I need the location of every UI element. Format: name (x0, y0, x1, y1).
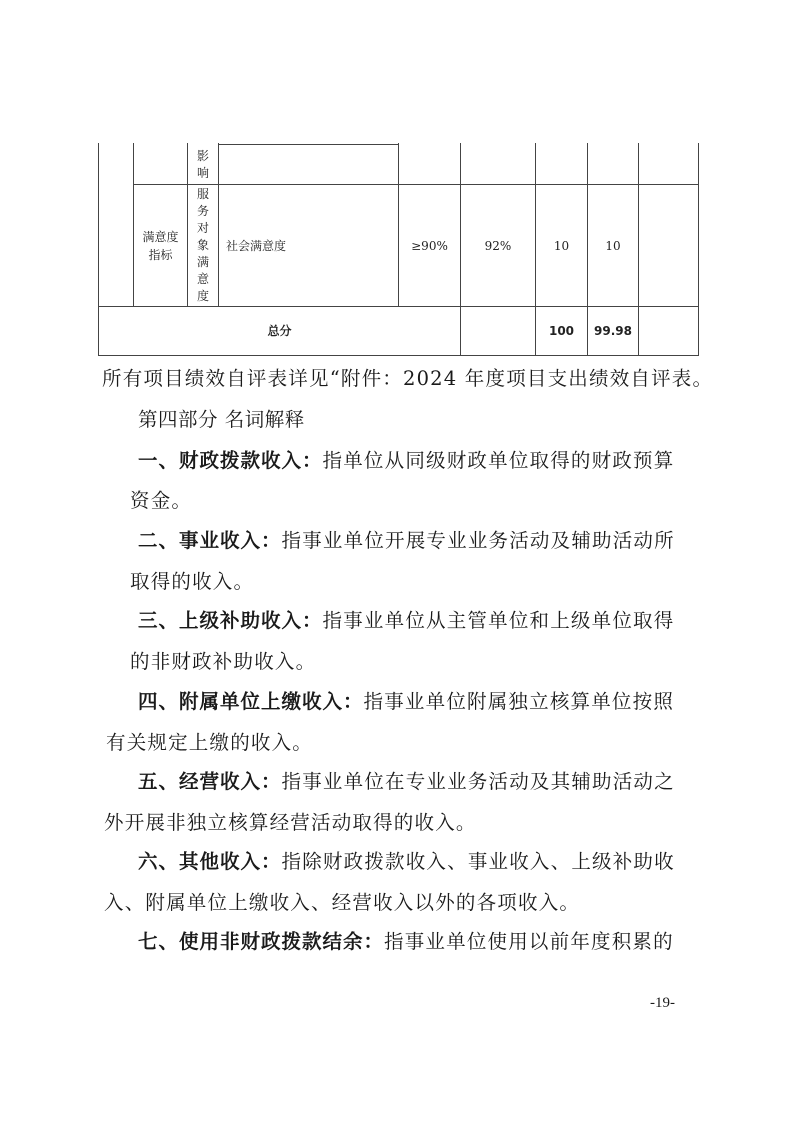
cell-char: 满 (197, 254, 209, 271)
table-cell-total-label: 总分 (99, 307, 460, 355)
table-cell-total-weight: 100 (536, 307, 587, 355)
term-label: 二、事业收入： (138, 529, 282, 552)
cell-char: 影 (197, 148, 209, 165)
total-weight: 100 (549, 322, 574, 340)
term-definition: 指事业单位附属独立核算单位按照 (364, 690, 675, 713)
cell-char: 象 (197, 237, 209, 254)
table-cell-total-score: 99.98 (588, 307, 638, 355)
term-5-line2: 外开展非独立核算经营活动取得的收入。 (104, 810, 704, 836)
table-cell-actual: 92% (461, 185, 535, 306)
table-cell-top (218, 144, 399, 145)
category-line: 指标 (148, 246, 172, 264)
target-value: ≥90% (411, 237, 448, 255)
term-definition: 指事业单位开展专业业务活动及辅助活动所 (282, 529, 675, 552)
term-2-line1: 二、事业收入：指事业单位开展专业业务活动及辅助活动所 (98, 528, 738, 554)
term-1-line1: 一、财政拨款收入：指单位从同级财政单位取得的财政预算 (98, 448, 738, 474)
term-3-line1: 三、上级补助收入：指事业单位从主管单位和上级单位取得 (98, 608, 738, 634)
table-col-divider (638, 143, 639, 355)
term-definition-cont: 入、附属单位上缴收入、经营收入以外的各项收入。 (104, 891, 580, 914)
term-definition-cont: 取得的收入。 (130, 570, 254, 593)
term-6-line2: 入、附属单位上缴收入、经营收入以外的各项收入。 (104, 890, 704, 916)
total-score: 99.98 (594, 322, 632, 340)
term-definition: 指事业单位在专业业务活动及其辅助活动之 (282, 770, 675, 793)
term-label: 一、财政拨款收入： (138, 449, 323, 472)
table-col-divider (218, 143, 219, 306)
table-border-bottom (98, 355, 699, 356)
term-definition: 指单位从同级财政单位取得的财政预算 (323, 449, 675, 472)
cell-char: 服 (197, 186, 209, 203)
term-definition: 指事业单位使用以前年度积累的 (384, 930, 674, 953)
cell-char: 度 (197, 288, 209, 305)
term-5-line1: 五、经营收入：指事业单位在专业业务活动及其辅助活动之 (98, 769, 738, 795)
table-border-right (698, 143, 699, 355)
cell-char: 对 (197, 220, 209, 237)
table-cell-indicator: 社会满意度 (226, 185, 396, 306)
term-4-line2: 有关规定上缴的收入。 (106, 730, 706, 756)
cell-char: 响 (197, 165, 209, 182)
term-6-line1: 六、其他收入：指除财政拨款收入、事业收入、上级补助收 (98, 849, 738, 875)
cell-char: 务 (197, 203, 209, 220)
term-definition: 指除财政拨款收入、事业收入、上级补助收 (282, 850, 675, 873)
total-label: 总分 (267, 322, 291, 340)
actual-value: 92% (485, 237, 512, 255)
section-title-text: 第四部分 名词解释 (138, 408, 305, 431)
table-cell-subcategory: 影 响 (188, 146, 218, 184)
term-4-line1: 四、附属单位上缴收入：指事业单位附属独立核算单位按照 (98, 689, 738, 715)
table-cell-target: ≥90% (399, 185, 460, 306)
term-label: 六、其他收入： (138, 850, 282, 873)
term-2-line2: 取得的收入。 (130, 569, 730, 595)
term-label: 五、经营收入： (138, 770, 282, 793)
score-value: 10 (605, 237, 620, 255)
weight-value: 10 (554, 237, 569, 255)
indicator-text: 社会满意度 (226, 237, 286, 255)
term-7-line1: 七、使用非财政拨款结余：指事业单位使用以前年度积累的 (98, 929, 738, 955)
term-3-line2: 的非财政补助收入。 (130, 649, 730, 675)
table-cell-category: 满意度 指标 (134, 185, 187, 306)
term-definition: 指事业单位从主管单位和上级单位取得 (323, 609, 675, 632)
intro-text: 所有项目绩效自评表详见“附件：2024 年度项目支出绩效自评表。 (102, 367, 713, 390)
table-cell-score: 10 (588, 185, 638, 306)
term-definition-cont: 的非财政补助收入。 (130, 650, 316, 673)
cell-char: 意 (197, 271, 209, 288)
term-label: 四、附属单位上缴收入： (138, 690, 364, 713)
table-cell-weight: 10 (536, 185, 587, 306)
category-line: 满意度 (142, 228, 178, 246)
intro-paragraph: 所有项目绩效自评表详见“附件：2024 年度项目支出绩效自评表。 (102, 366, 702, 392)
term-definition-cont: 外开展非独立核算经营活动取得的收入。 (104, 811, 477, 834)
term-label: 七、使用非财政拨款结余： (138, 930, 384, 953)
page-number: -19- (650, 995, 675, 1012)
term-definition-cont: 资金。 (130, 489, 192, 512)
section-title: 第四部分 名词解释 (98, 407, 738, 433)
term-label: 三、上级补助收入： (138, 609, 323, 632)
term-1-line2: 资金。 (130, 488, 730, 514)
table-cell-subcategory: 服 务 对 象 满 意 度 (188, 185, 218, 306)
term-definition-cont: 有关规定上缴的收入。 (106, 731, 313, 754)
